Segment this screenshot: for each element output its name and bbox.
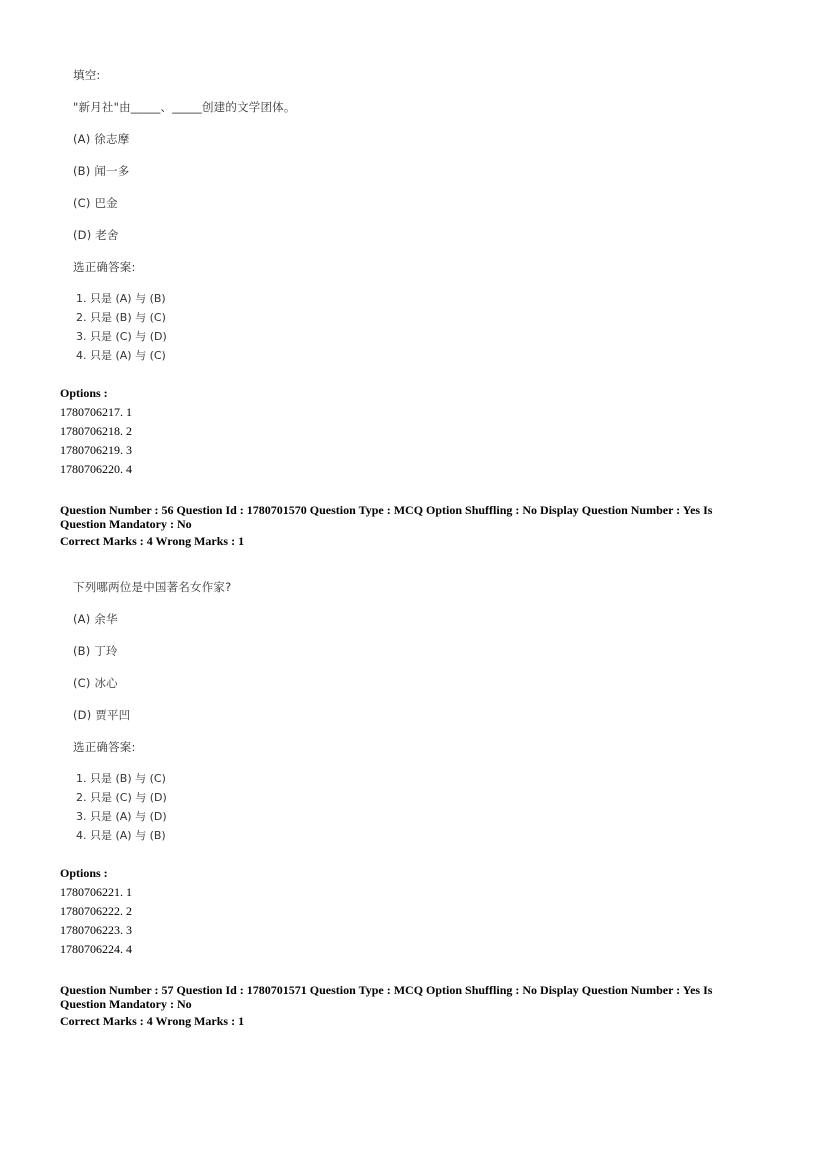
- select-prompt: 选正确答案:: [73, 739, 136, 755]
- question-56-meta: Question Number : 56 Question Id : 17807…: [60, 503, 752, 548]
- choice-a: (A) 余华: [73, 611, 118, 627]
- question-57-meta-line2: Question Mandatory : No: [60, 997, 752, 1011]
- question-56-meta-line2: Question Mandatory : No: [60, 517, 752, 531]
- choice-b: (B) 丁玲: [73, 643, 118, 659]
- answer-option-2: 2. 只是 (B) 与 (C): [76, 309, 166, 325]
- option-id-1: 1780706221. 1: [60, 885, 132, 900]
- select-prompt: 选正确答案:: [73, 259, 136, 275]
- choice-a: (A) 徐志摩: [73, 131, 129, 147]
- choice-c: (C) 巴金: [73, 195, 118, 211]
- question-56-marks: Correct Marks : 4 Wrong Marks : 1: [60, 534, 752, 548]
- options-label: Options :: [60, 386, 108, 401]
- option-id-3: 1780706223. 3: [60, 923, 132, 938]
- answer-option-1: 1. 只是 (A) 与 (B): [76, 290, 166, 306]
- choice-d: (D) 贾平凹: [73, 707, 130, 723]
- option-id-4: 1780706224. 4: [60, 942, 132, 957]
- option-id-3: 1780706219. 3: [60, 443, 132, 458]
- options-label: Options :: [60, 866, 108, 881]
- question-57-meta-line1: Question Number : 57 Question Id : 17807…: [60, 983, 752, 997]
- answer-option-4: 4. 只是 (A) 与 (B): [76, 827, 166, 843]
- answer-option-2: 2. 只是 (C) 与 (D): [76, 789, 167, 805]
- document-page: 填空: "新月社"由_____、_____创建的文学团体。 (A) 徐志摩 (B…: [0, 0, 826, 1169]
- answer-option-1: 1. 只是 (B) 与 (C): [76, 770, 166, 786]
- option-id-2: 1780706218. 2: [60, 424, 132, 439]
- answer-option-3: 3. 只是 (C) 与 (D): [76, 328, 167, 344]
- question-57-meta: Question Number : 57 Question Id : 17807…: [60, 983, 752, 1028]
- option-id-2: 1780706222. 2: [60, 904, 132, 919]
- question-57-marks: Correct Marks : 4 Wrong Marks : 1: [60, 1014, 752, 1028]
- question-56-meta-line1: Question Number : 56 Question Id : 17807…: [60, 503, 752, 517]
- answer-option-4: 4. 只是 (A) 与 (C): [76, 347, 166, 363]
- choice-d: (D) 老舍: [73, 227, 119, 243]
- option-id-1: 1780706217. 1: [60, 405, 132, 420]
- question-stem: 下列哪两位是中国著名女作家?: [73, 579, 231, 595]
- choice-c: (C) 冰心: [73, 675, 118, 691]
- choice-b: (B) 闻一多: [73, 163, 129, 179]
- option-id-4: 1780706220. 4: [60, 462, 132, 477]
- question-stem: "新月社"由_____、_____创建的文学团体。: [73, 99, 296, 115]
- answer-option-3: 3. 只是 (A) 与 (D): [76, 808, 167, 824]
- question-instruction: 填空:: [73, 67, 100, 83]
